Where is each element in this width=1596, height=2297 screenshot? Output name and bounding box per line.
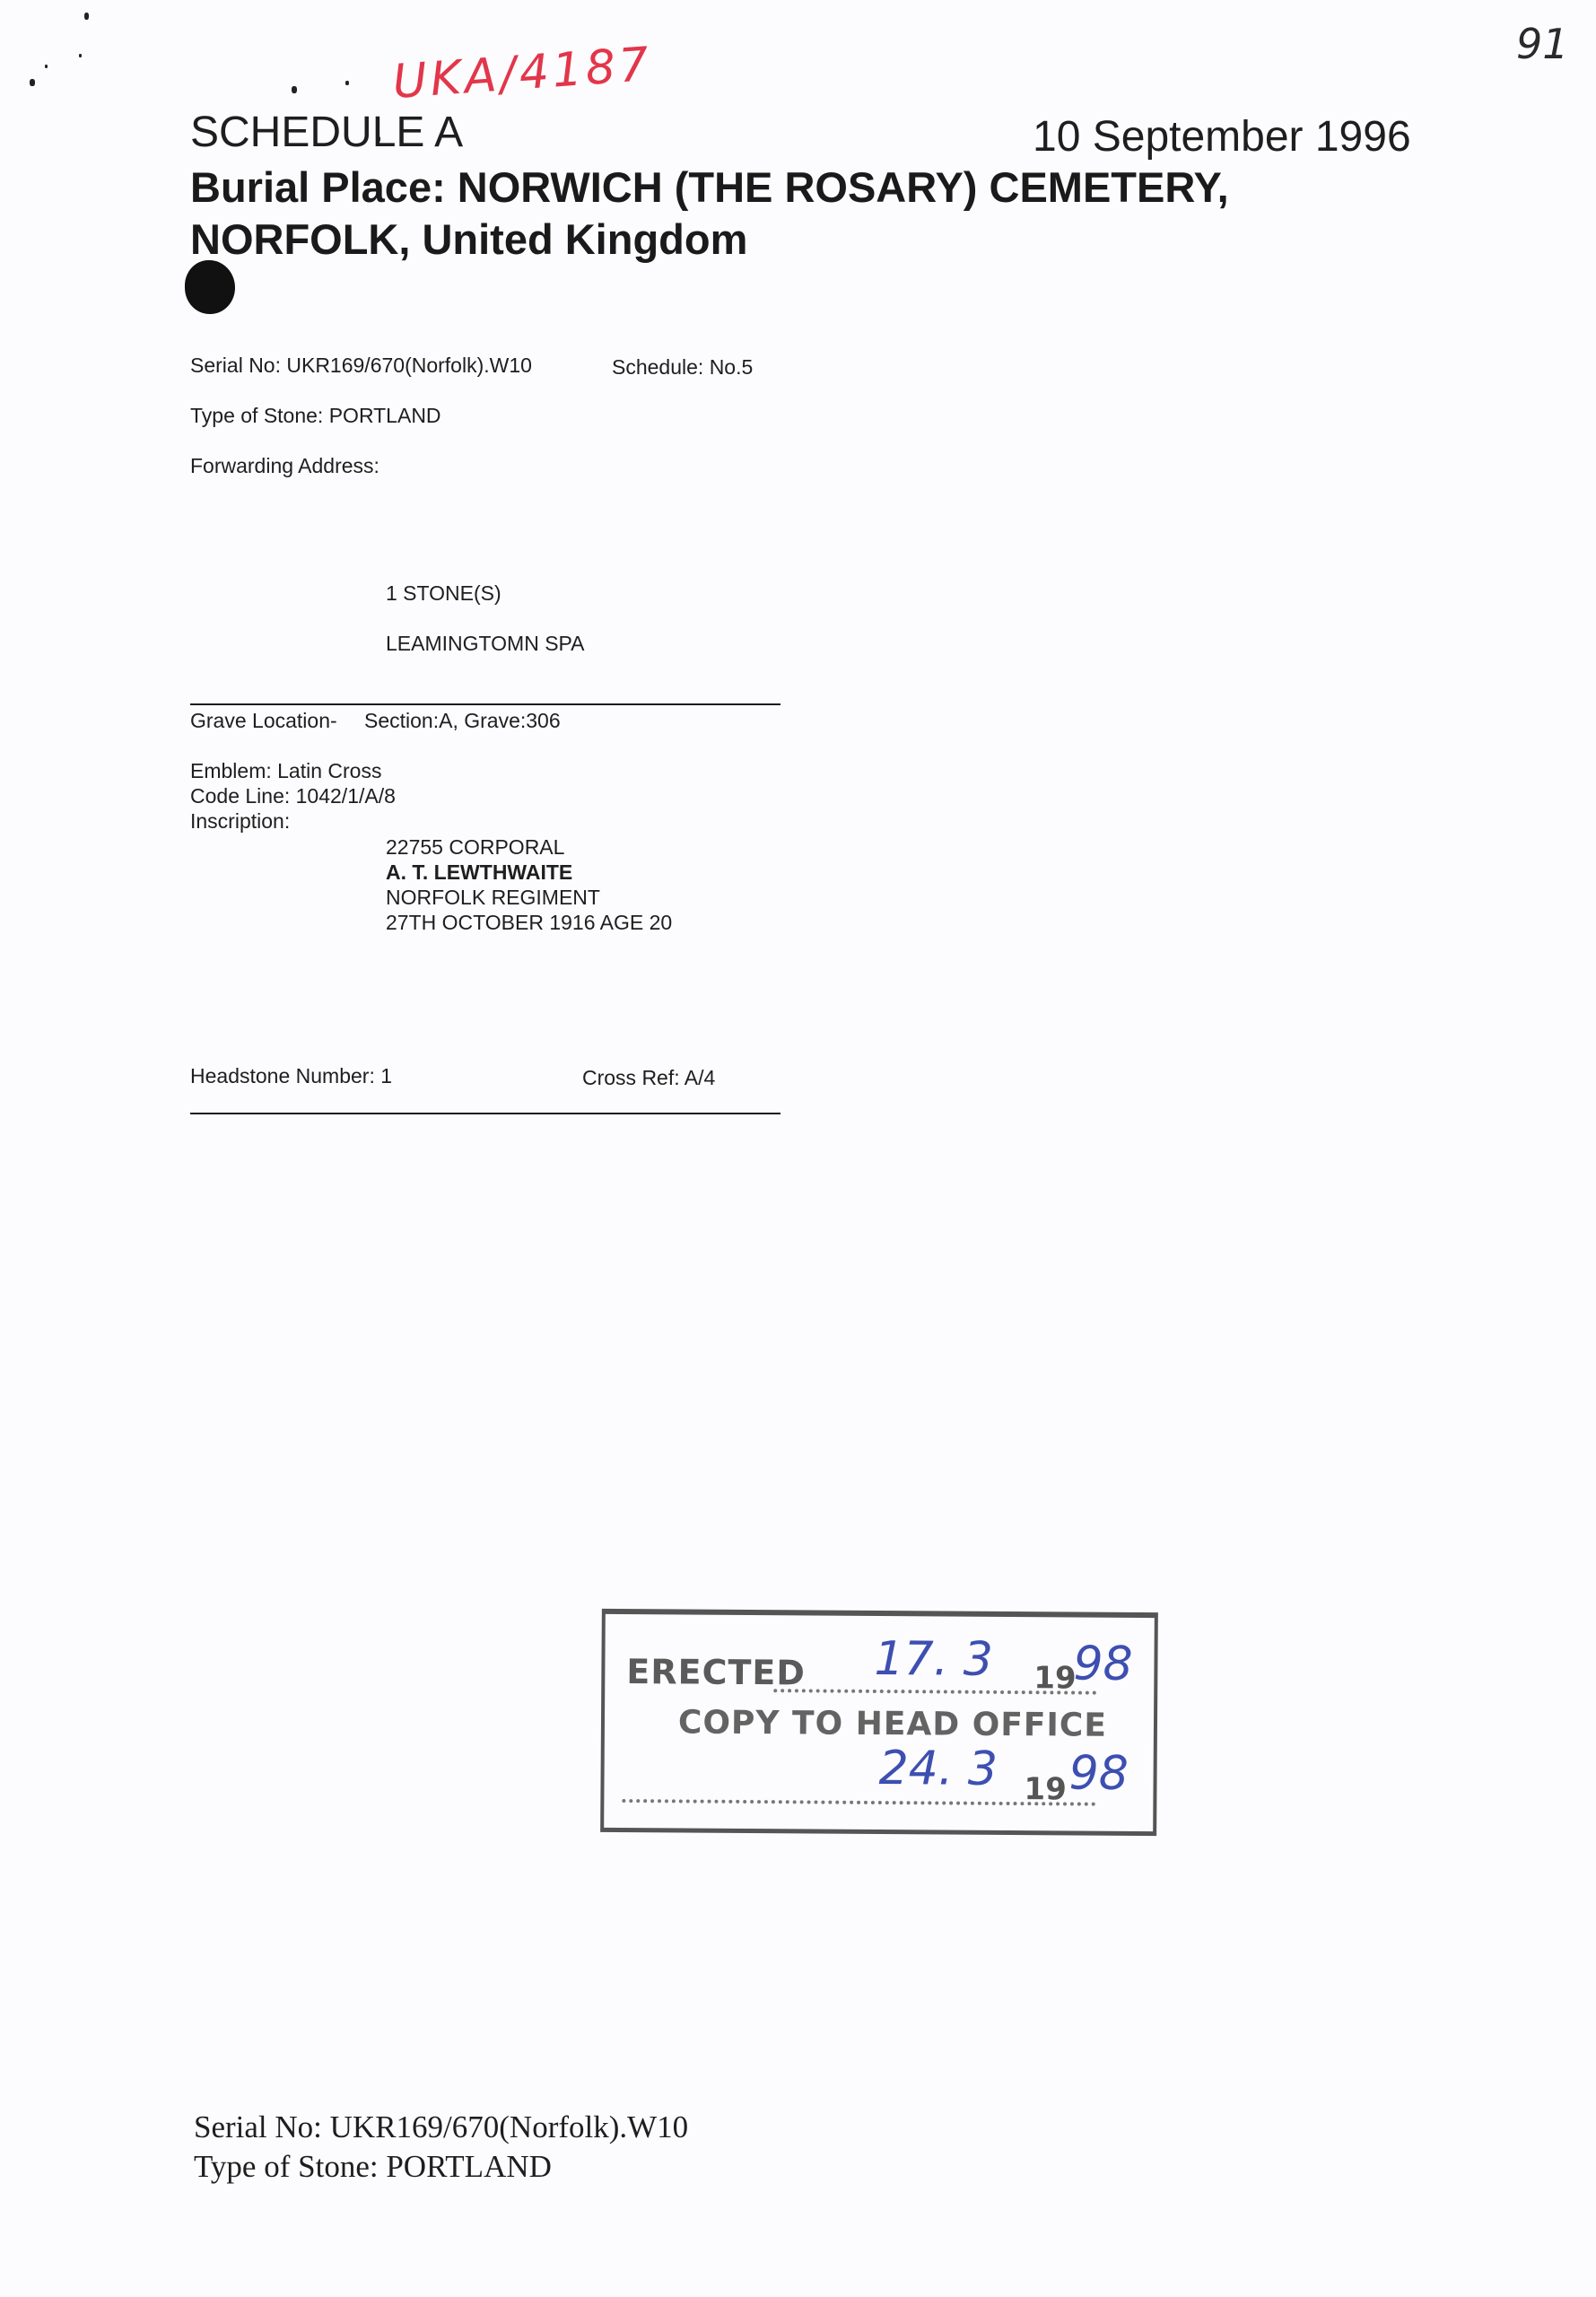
stamp-erected-date: 17. 3: [874, 1632, 993, 1687]
document-date: 10 September 1996: [1033, 112, 1411, 162]
emblem: Emblem: Latin Cross: [190, 759, 381, 783]
stamp-copy-year: 98: [1068, 1746, 1129, 1800]
forwarding-town: LEAMINGTOMN SPA: [386, 632, 585, 656]
stone-count: 1 STONE(S): [386, 581, 501, 606]
inscription-label: Inscription:: [190, 809, 290, 834]
scan-speck: [79, 54, 82, 57]
handwritten-page-number: 91: [1516, 20, 1569, 68]
schedule-number: Schedule: No.5: [612, 355, 753, 380]
scan-speck: [292, 86, 297, 93]
inscription-line-1: 22755 CORPORAL: [386, 834, 672, 860]
grave-location-label: Grave Location-: [190, 709, 337, 733]
schedule-title: SCHEDULE A: [190, 108, 463, 157]
divider-top: [190, 703, 781, 705]
handwritten-reference: UKA/4187: [391, 38, 654, 109]
inscription-line-2: A. T. LEWTHWAITE: [386, 860, 672, 885]
scan-speck: [84, 13, 89, 20]
serial-number: Serial No: UKR169/670(Norfolk).W10: [190, 354, 532, 378]
headstone-number: Headstone Number: 1: [190, 1064, 392, 1088]
ink-blot: [185, 260, 235, 314]
cross-reference: Cross Ref: A/4: [582, 1066, 715, 1090]
stamp-copy-date: 24. 3: [878, 1742, 998, 1796]
type-of-stone: Type of Stone: PORTLAND: [190, 404, 441, 428]
divider-bottom: [190, 1113, 781, 1114]
inscription-block: 22755 CORPORAL A. T. LEWTHWAITE NORFOLK …: [386, 834, 672, 935]
stamp-copy-year-prefix: 19: [1024, 1771, 1067, 1807]
scan-speck: [45, 65, 48, 68]
inscription-line-3: NORFOLK REGIMENT: [386, 885, 672, 910]
bottom-serial-number: Serial No: UKR169/670(Norfolk).W10: [194, 2109, 688, 2146]
erected-stamp: ERECTED 17. 3 19 98 COPY TO HEAD OFFICE …: [600, 1609, 1158, 1836]
stamp-erected-year-prefix: 19: [1033, 1660, 1077, 1696]
burial-place-line1: Burial Place: NORWICH (THE ROSARY) CEMET…: [190, 162, 1229, 214]
stamp-erected-label: ERECTED: [626, 1652, 806, 1692]
scan-speck: [345, 81, 349, 85]
inscription-line-4: 27TH OCTOBER 1916 AGE 20: [386, 910, 672, 935]
code-line: Code Line: 1042/1/A/8: [190, 784, 396, 808]
bottom-type-of-stone: Type of Stone: PORTLAND: [194, 2148, 552, 2186]
stamp-copy-label: COPY TO HEAD OFFICE: [678, 1704, 1107, 1743]
burial-place-line2: NORFOLK, United Kingdom: [190, 214, 747, 266]
grave-location-value: Section:A, Grave:306: [364, 709, 561, 733]
forwarding-address-label: Forwarding Address:: [190, 454, 379, 478]
stamp-erected-year: 98: [1073, 1638, 1133, 1691]
scan-speck: [30, 79, 35, 86]
